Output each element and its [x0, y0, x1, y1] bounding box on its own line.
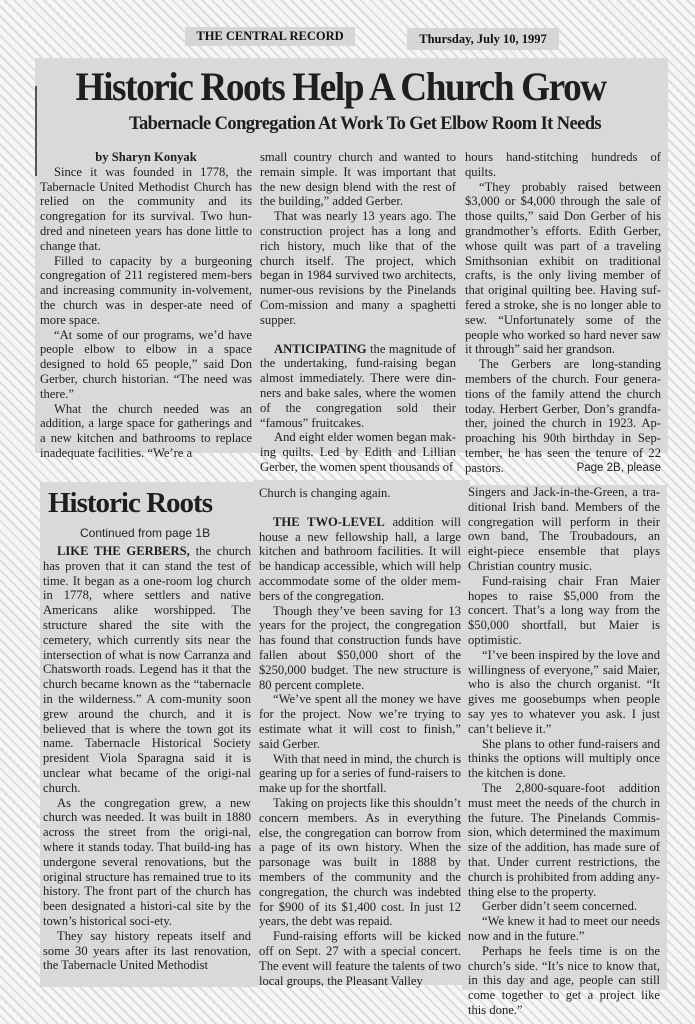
paragraph: Though they’ve been saving for 13 years … [259, 604, 461, 693]
paragraph: Church is changing again. [259, 486, 461, 501]
margin-mark [35, 86, 37, 176]
article-column-3: hours hand-stitching hundreds of quilts.… [465, 150, 661, 476]
continuation-title: Historic Roots [48, 486, 212, 520]
continuation-clipping-right: Singers and Jack-in-the-Green, a tra-dit… [462, 485, 667, 990]
paragraph: The 2,800-square-foot addition must meet… [468, 781, 660, 899]
paragraph: Since it was founded in 1778, the Tabern… [40, 165, 252, 254]
section-paragraph: ANTICIPATING the magnitude of the undert… [260, 342, 456, 431]
paragraph-text: The Gerbers are long-standing members of… [465, 357, 661, 475]
section-lead: LIKE THE GERBERS, [57, 544, 190, 558]
paragraph: Fund-raising chair Fran Maier hopes to r… [468, 574, 660, 648]
paragraph: “They probably raised between $3,000 or … [465, 180, 661, 358]
subheadline: Tabernacle Congregation At Work To Get E… [65, 114, 665, 135]
paragraph-text: the church has proven that it can stand … [43, 544, 251, 795]
article-clipping-front: Historic Roots Help A Church Grow Tabern… [35, 58, 668, 453]
paragraph: Fund-raising efforts will be kicked off … [259, 929, 461, 988]
headline: Historic Roots Help A Church Grow [57, 64, 624, 110]
continuation-column-3: Singers and Jack-in-the-Green, a tra-dit… [468, 485, 660, 1018]
paragraph: And eight elder women began mak-ing quil… [260, 430, 456, 474]
paragraph: What the church needed was an addition, … [40, 402, 252, 461]
paragraph: As the congregation grew, a new church w… [43, 796, 251, 929]
paragraph: “At some of our programs, we’d have peop… [40, 328, 252, 402]
paragraph: The Gerbers are long-standing members of… [465, 357, 661, 475]
publication-date: Thursday, July 10, 1997 [407, 28, 559, 50]
paragraph: She plans to other fund-raisers and thin… [468, 737, 660, 781]
paragraph: Filled to capacity by a burgeoning congr… [40, 254, 252, 328]
paragraph: “We knew it had to meet our needs now an… [468, 914, 660, 944]
paragraph: They say history repeats itself and some… [43, 929, 251, 973]
byline: by Sharyn Konyak [40, 150, 252, 165]
paragraph: Taking on projects like this shouldn’t c… [259, 796, 461, 929]
paragraph: That was nearly 13 years ago. The constr… [260, 209, 456, 327]
continued-from-line: Continued from page 1B [80, 526, 210, 540]
continuation-column-2: Church is changing again. THE TWO-LEVEL … [259, 486, 461, 988]
section-paragraph: THE TWO-LEVEL addition will house a new … [259, 515, 461, 604]
continuation-clipping-left: Historic Roots Continued from page 1B LI… [40, 482, 258, 987]
section-lead: ANTICIPATING [274, 342, 367, 356]
paragraph: small country church and wanted to remai… [260, 150, 456, 209]
paragraph: hours hand-stitching hundreds of quilts. [465, 150, 661, 180]
paragraph: Singers and Jack-in-the-Green, a tra-dit… [468, 485, 660, 574]
paragraph: With that need in mind, the church is ge… [259, 752, 461, 796]
continuation-clipping-middle: Church is changing again. THE TWO-LEVEL … [253, 480, 470, 985]
jump-line: Page 2B, please [563, 461, 661, 476]
paragraph: LIKE THE GERBERS, the church has proven … [43, 544, 251, 796]
section-lead: THE TWO-LEVEL [273, 515, 385, 529]
paragraph: Gerber didn’t seem concerned. [468, 899, 660, 914]
paragraph: “We’ve spent all the money we have for t… [259, 692, 461, 751]
paragraph: “I’ve been inspired by the love and will… [468, 648, 660, 737]
article-column-2: small country church and wanted to remai… [260, 150, 456, 475]
article-column-1: by Sharyn Konyak Since it was founded in… [40, 150, 252, 461]
newspaper-masthead: THE CENTRAL RECORD [185, 27, 355, 46]
continuation-column-1: LIKE THE GERBERS, the church has proven … [43, 544, 251, 973]
paragraph: Perhaps he feels time is on the church’s… [468, 944, 660, 1018]
